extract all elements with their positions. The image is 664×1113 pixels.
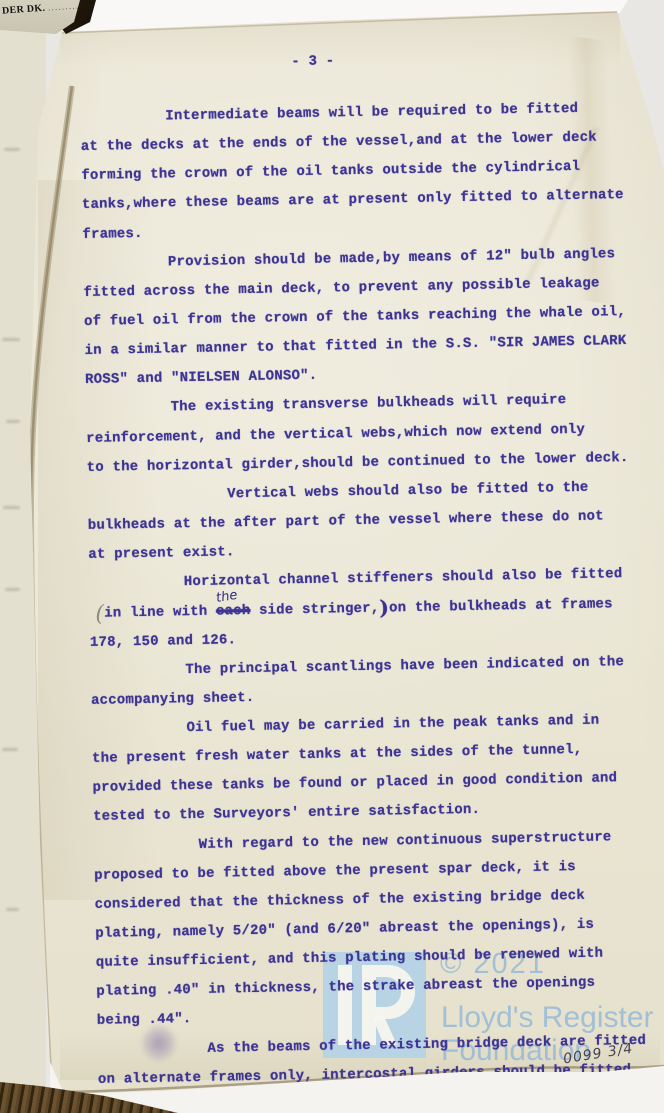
ghost-text-mark bbox=[2, 748, 18, 751]
ghost-text-mark bbox=[2, 338, 20, 341]
ghost-text-mark bbox=[6, 908, 19, 911]
ghost-text-mark bbox=[5, 588, 20, 591]
fragment-text: DER DK. ......... bbox=[2, 0, 80, 16]
fragment-leader-dots: ......... bbox=[48, 1, 80, 12]
ghost-text-mark bbox=[3, 506, 20, 509]
fragment-label: DER DK. bbox=[2, 3, 46, 17]
document-page: © 2021 Lloyd's Register Foundation - 3 -… bbox=[0, 0, 664, 1113]
scanned-document: © 2021 Lloyd's Register Foundation - 3 -… bbox=[0, 0, 664, 1113]
page-number: - 3 - bbox=[291, 53, 334, 70]
ghost-text-mark bbox=[6, 420, 20, 423]
typed-lines: Intermediate beams will be required to b… bbox=[80, 94, 664, 1095]
ink-smudge bbox=[135, 1018, 183, 1068]
handwritten-correction: the bbox=[214, 581, 240, 613]
ghost-text-mark bbox=[4, 148, 20, 151]
typed-content: - 3 - Intermediate beams will be require… bbox=[0, 0, 664, 1113]
